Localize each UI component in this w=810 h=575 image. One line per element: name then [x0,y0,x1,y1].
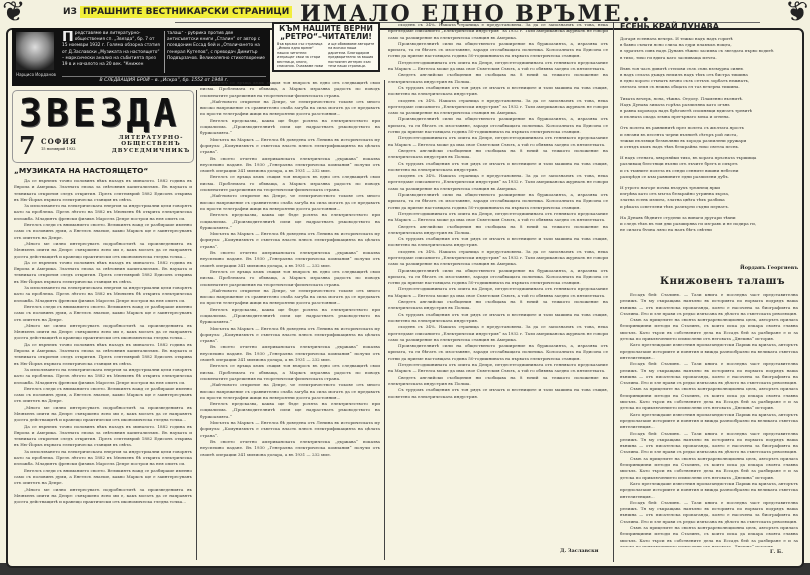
paragraph: Да се върнемъ точно половинъ вѣкъ назадъ… [14,342,192,367]
column-divider [613,22,614,562]
city: СОФИЯ [41,137,77,146]
paragraph: Да се върнемъ точно половинъ вѣкъ назадъ… [14,260,192,285]
zvezda-masthead: ЗВЕЗДА 7 СОФИЯ 15 ноемврий 1932 ЛИТЕРАТУ… [12,90,194,163]
paragraph: Въ своето отчетно американската електрич… [200,344,380,363]
paragraph: „Много ме силно интересуватъ подробности… [14,405,192,424]
paragraph: Петдесетгодишнината отъ опита на Депре, … [388,60,608,73]
review-title: Книжовенъ талашъ [660,276,785,287]
paragraph: Енгелсъ предсказва, каква ще бъде ролята… [200,118,380,137]
paragraph: Енгелсъ следи съ вниманието своето. Вели… [14,468,192,487]
paragraph: „Най-новото откритие на Депре, че електр… [200,288,380,307]
poem-stanza: Въвъ тоя часъ дивитѣ степови съзъ сънь в… [620,66,798,91]
poem-line: светата земя съ нежна общата ел таз вече… [620,84,798,90]
corner-ornament-icon: ❦ [785,0,808,26]
zvezda-logo: ЗВЕЗДА [19,93,180,133]
paragraph: Производителнитѣ сили на общественото ра… [388,343,608,362]
paragraph: Ессадъ бей: Сталинъ. — Тази книга е посл… [620,361,798,386]
rubric-highlight: ПРАШНИТЕ ВЕСТНИКАРСКИ СТРАНИЦИ [80,6,292,18]
paragraph: сходенъ съ 34%. Нашата страница е предус… [388,173,608,192]
paragraph: сходенъ съ 34%. Нашата страница е предус… [388,324,608,343]
paragraph: Сведетъ английски съобщения ни съобщава … [388,72,608,85]
paragraph: Енгелсъ се връща къмъ същия тоя въпросъ … [200,80,380,99]
paragraph: Въ своето отчетно американската електрич… [200,250,380,269]
article-column-3: сходенъ съ 34%. Нашата страница е предус… [388,22,608,544]
poem-line: и рѣката осветлени тѣхъ разпърти съдни п… [620,204,798,210]
paragraph: Енгелсъ предсказва, каква ще бъде ролята… [200,307,380,326]
paragraph: Ессадъ бей: Сталинъ. — Тази книга е посл… [620,431,798,456]
review-body: Ессадъ бей: Сталинъ. — Тази книга е посл… [620,292,798,547]
paragraph: Производителнитѣ сили на общественото ра… [388,268,608,287]
paragraph: Да се върнемъ точно половинъ вѣкъ назадъ… [14,178,192,203]
article-title: „МУЗИКАТА НА НАСТОЯЩЕТО“ [14,166,148,175]
retro-title-line2: „РЕТРО“–ЧИТАТЕЛИ! [277,33,375,41]
paragraph: Петдесетгодишнината отъ опита на Депре, … [388,362,608,375]
poem-line: в здрачътъ синь надъ Дунавъ тѣжно засипв… [620,48,798,54]
paragraph: сходенъ съ 34%. Нашата страница е предус… [388,98,608,117]
paragraph: Като преглеждаше известния пропагандистс… [620,412,798,431]
paragraph: Ессадъ бей: Сталинъ. — Тази книга е посл… [620,500,798,525]
paragraph: Като преглеждаше известния пропагандистс… [620,342,798,361]
retro-readers-box: КЪМ НАШИТЕ ВЕРНИ „РЕТРО“–ЧИТАТЕЛИ! Във в… [272,22,380,72]
intro-dropcap: П [62,31,74,43]
paragraph: Енгелсъ се връща къмъ същия тоя въпросъ … [200,363,380,382]
paragraph: Производителнитѣ сили на общественото ра… [388,41,608,60]
paragraph: Енгелсъ следи съ вниманието своето. Вели… [14,386,192,405]
paragraph: „Най-новото откритие на Депре, че електр… [200,99,380,118]
paragraph: Енгелсъ следи съ вниманието своето. Вели… [14,222,192,241]
poem-stanza: Тихата вечерь, ясна, тѣжна. Отдолу. Плам… [620,96,798,121]
paragraph: Съмъ за прицелите на своята контрареволю… [620,456,798,481]
poem-line: не силата бурна ляло на надъ бѣгъ свѣтни [620,227,798,231]
intro-text: Представяме ви литературно-обществения с… [62,31,266,73]
paragraph: „Най-новото откритие на Депре, че електр… [200,193,380,212]
column-divider [384,80,385,560]
paragraph: За използването на електрическата енерги… [14,203,192,222]
poem-stanza: И утрото нагоре почва въздухъ тръпнещ яр… [620,185,798,210]
article-signature: Д. Заславски [560,548,598,554]
paragraph: Съмъ за прицелите на своята контрареволю… [620,317,798,342]
paragraph: Производителнитѣ сили на общественото ра… [388,192,608,211]
paragraph: Съ трудомъ съобщения отъ тоя рядъ се мъч… [388,387,608,400]
paragraph: сходенъ съ 34%. Нашата страница е предус… [388,22,608,41]
paragraph: Мисълта на Марксъ — Енгелса бѣ доведена … [200,420,380,439]
paragraph: „Много ме силно интересуватъ подробности… [14,323,192,342]
poem-signature: Йорданъ Георгиевъ [740,265,798,271]
poem-line: и отвъдъ къмъ надъ тѣхъ безкрайна тихо с… [620,144,798,150]
corner-ornament-icon: ❦ [2,0,25,26]
column-divider [196,90,197,560]
paragraph: Да се върнемъ точно половинъ вѣкъ назадъ… [14,424,192,449]
issue-number: 7 [19,133,36,159]
poem-line: в тихо, тихо ги вдига като заспиваща меч… [620,55,798,61]
paragraph: За използването на електрическата енерги… [14,367,192,386]
issue-date: 15 ноемврий 1932 [41,147,76,151]
paragraph: Енгелсъ предсказва, каква ще бъде ролята… [200,212,380,231]
poem-stanza: Догаря есенната вечерь. И тежко надъ над… [620,36,798,61]
paragraph: Енгелсъ се връща къмъ същия тоя въпросъ … [200,174,380,193]
paragraph: Енгелсъ се връща къмъ същия тоя въпросъ … [200,269,380,288]
poem-stanza: И надъ стената, хвърляйки тихо, въ хорат… [620,155,798,180]
paragraph: Съмъ за прицелите на своята контрареволю… [620,525,798,547]
paragraph: Петдесетгодишнината отъ опита на Депре, … [388,211,608,224]
paragraph: Съ трудомъ съобщения отъ тоя рядъ се мъч… [388,161,608,174]
paragraph: сходенъ съ 34%. Нашата страница е предус… [388,249,608,268]
paragraph: Ессадъ бей: Сталинъ. — Тази книга е посл… [620,292,798,317]
paragraph: Мисълта на Марксъ — Енгелса бѣ доведена … [200,137,380,156]
paragraph: Производителнитѣ сили на общественото ра… [388,116,608,135]
poem-line: и пълната опада земна прегърнато мека и … [620,114,798,120]
paragraph: Сведетъ английски съобщения ни съобщава … [388,375,608,388]
paragraph: Съ трудомъ съобщения отъ тоя рядъ се мъч… [388,85,608,98]
paragraph: Сведетъ английски съобщения ни съобщава … [388,224,608,237]
review-signature: Г. Б. [770,549,783,555]
paragraph: Мисълта на Марксъ — Енгелса бѣ доведена … [200,326,380,345]
paragraph: „Най-новото откритие на Депре, че електр… [200,382,380,401]
paragraph: „Много ме силно интересуватъ подробности… [14,487,192,506]
paragraph: Като преглеждаше известния пропагандистс… [620,481,798,500]
paragraph: Енгелсъ предсказва, каква ще бъде ролята… [200,401,380,420]
author-photo [16,32,54,70]
poem-line: разпрѣдя се към равнините едни разпилени… [620,174,798,180]
paragraph: Сведетъ английски съобщения ни съобщава … [388,148,608,161]
intro-box: Нарцисо Иорданов Представяме ви литерату… [12,28,270,86]
poem-body: Догаря есенната вечерь. И тежко надъ над… [620,36,798,231]
article-column-1: Да се върнемъ точно половинъ вѣкъ назадъ… [14,178,192,558]
paragraph: Мисълта на Марксъ — Енгелса бѣ доведена … [200,231,380,250]
paragraph: За използването на електрическата енерги… [14,285,192,304]
article-column-2: Енгелсъ се връща къмъ същия тоя въпросъ … [200,80,380,560]
photo-caption: Нарцисо Иорданов [14,72,58,77]
paragraph: За използването на електрическата енерги… [14,449,192,468]
paragraph: Съ трудомъ съобщения отъ тоя рядъ се мъч… [388,236,608,249]
masthead-subtitle: ЛИТЕРАТУРНО- ОБЩЕСТВЕНЪ ДВУСЕДМИЧНИКЪ [111,135,191,154]
paragraph: Въ своето отчетно американската електрич… [200,156,380,175]
paragraph: Петдесетгодишнината отъ опита на Депре, … [388,286,608,299]
paragraph: Петдесетгодишнината отъ опита на Депре, … [388,135,608,148]
poem-title: ЕСЕНЬ КРАЙ ДУНАВА [620,22,719,31]
paragraph: Сведетъ английски съобщения ни съобщава … [388,299,608,312]
poem-stanza: На Дунавъ бѣдните студени за винаги друг… [620,215,798,231]
poem-stanza: Отъ полета въ равнинитѣ през полета съ ж… [620,125,798,150]
paragraph: Съмъ за прицелите на своята контрареволю… [620,386,798,411]
retro-text: Във връзка със страница „Имало едно врем… [277,42,375,68]
paragraph: Съ трудомъ съобщения отъ тоя рядъ се мъч… [388,312,608,325]
rubric-prefix: ИЗ [60,7,80,17]
paragraph: Въ своето отчетно американската електрич… [200,439,380,458]
paragraph: „Много ме силно интересуватъ подробности… [14,241,192,260]
paragraph: Енгелсъ следи съ вниманието своето. Вели… [14,304,192,323]
rubric-label: ИЗ ПРАШНИТЕ ВЕСТНИКАРСКИ СТРАНИЦИ [60,4,292,20]
